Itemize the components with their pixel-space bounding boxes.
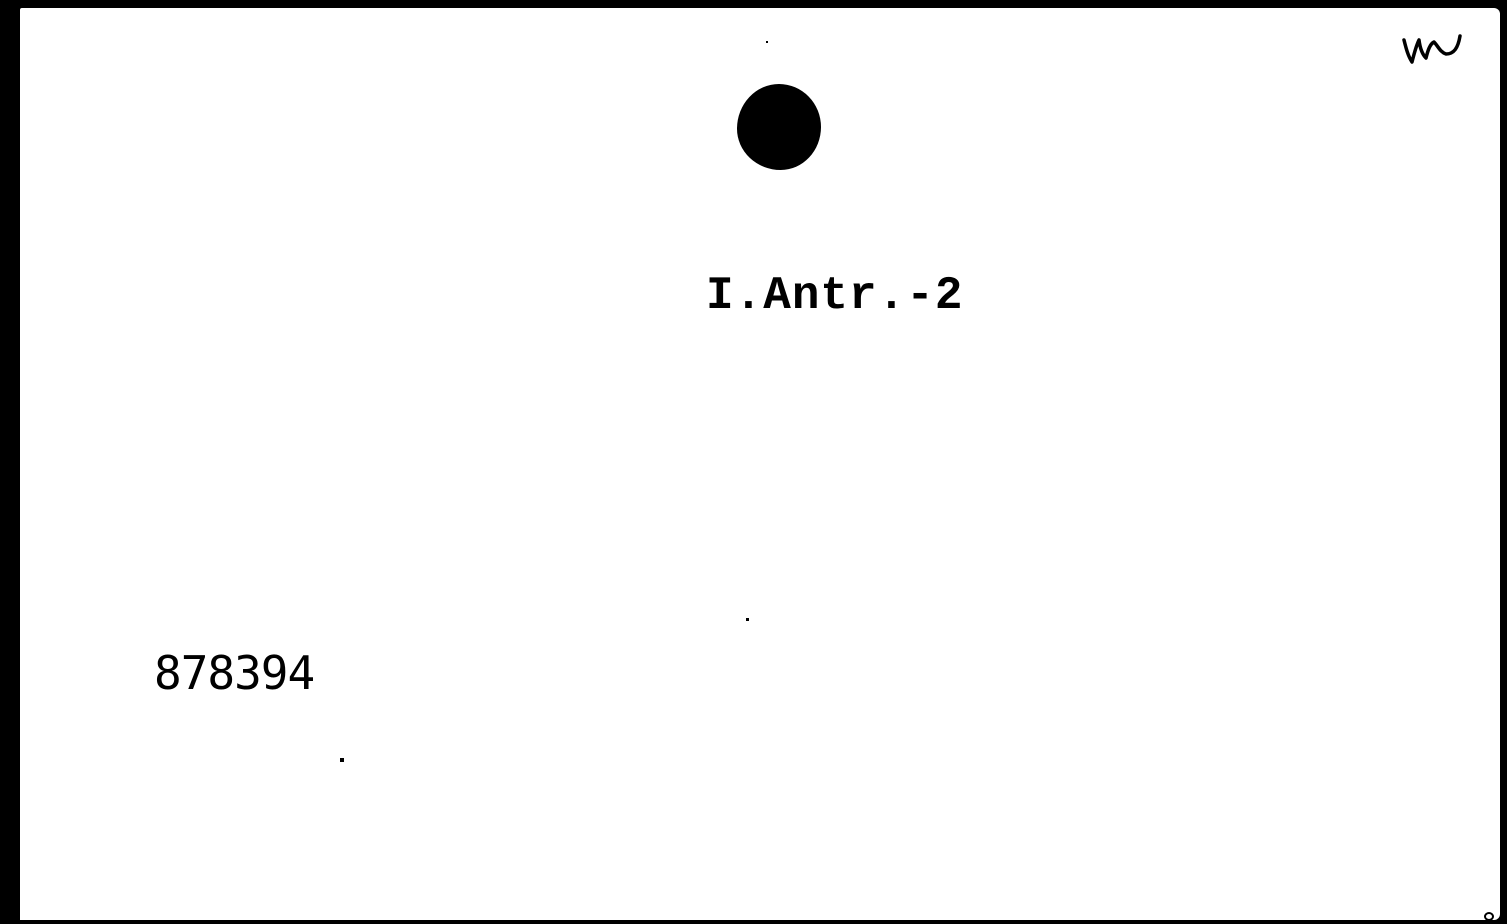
dust-speck [340, 758, 344, 762]
scan-background-edge [0, 0, 20, 924]
card-heading: I.Antr.-2 [706, 270, 963, 322]
corner-speck [1484, 912, 1494, 921]
index-card: I.Antr.-2 878394 [20, 8, 1500, 920]
punch-hole [737, 84, 821, 170]
reference-number: 878394 [154, 646, 314, 700]
handwritten-initials-icon [1400, 28, 1470, 68]
dust-speck [766, 41, 768, 43]
dust-speck [746, 618, 749, 621]
